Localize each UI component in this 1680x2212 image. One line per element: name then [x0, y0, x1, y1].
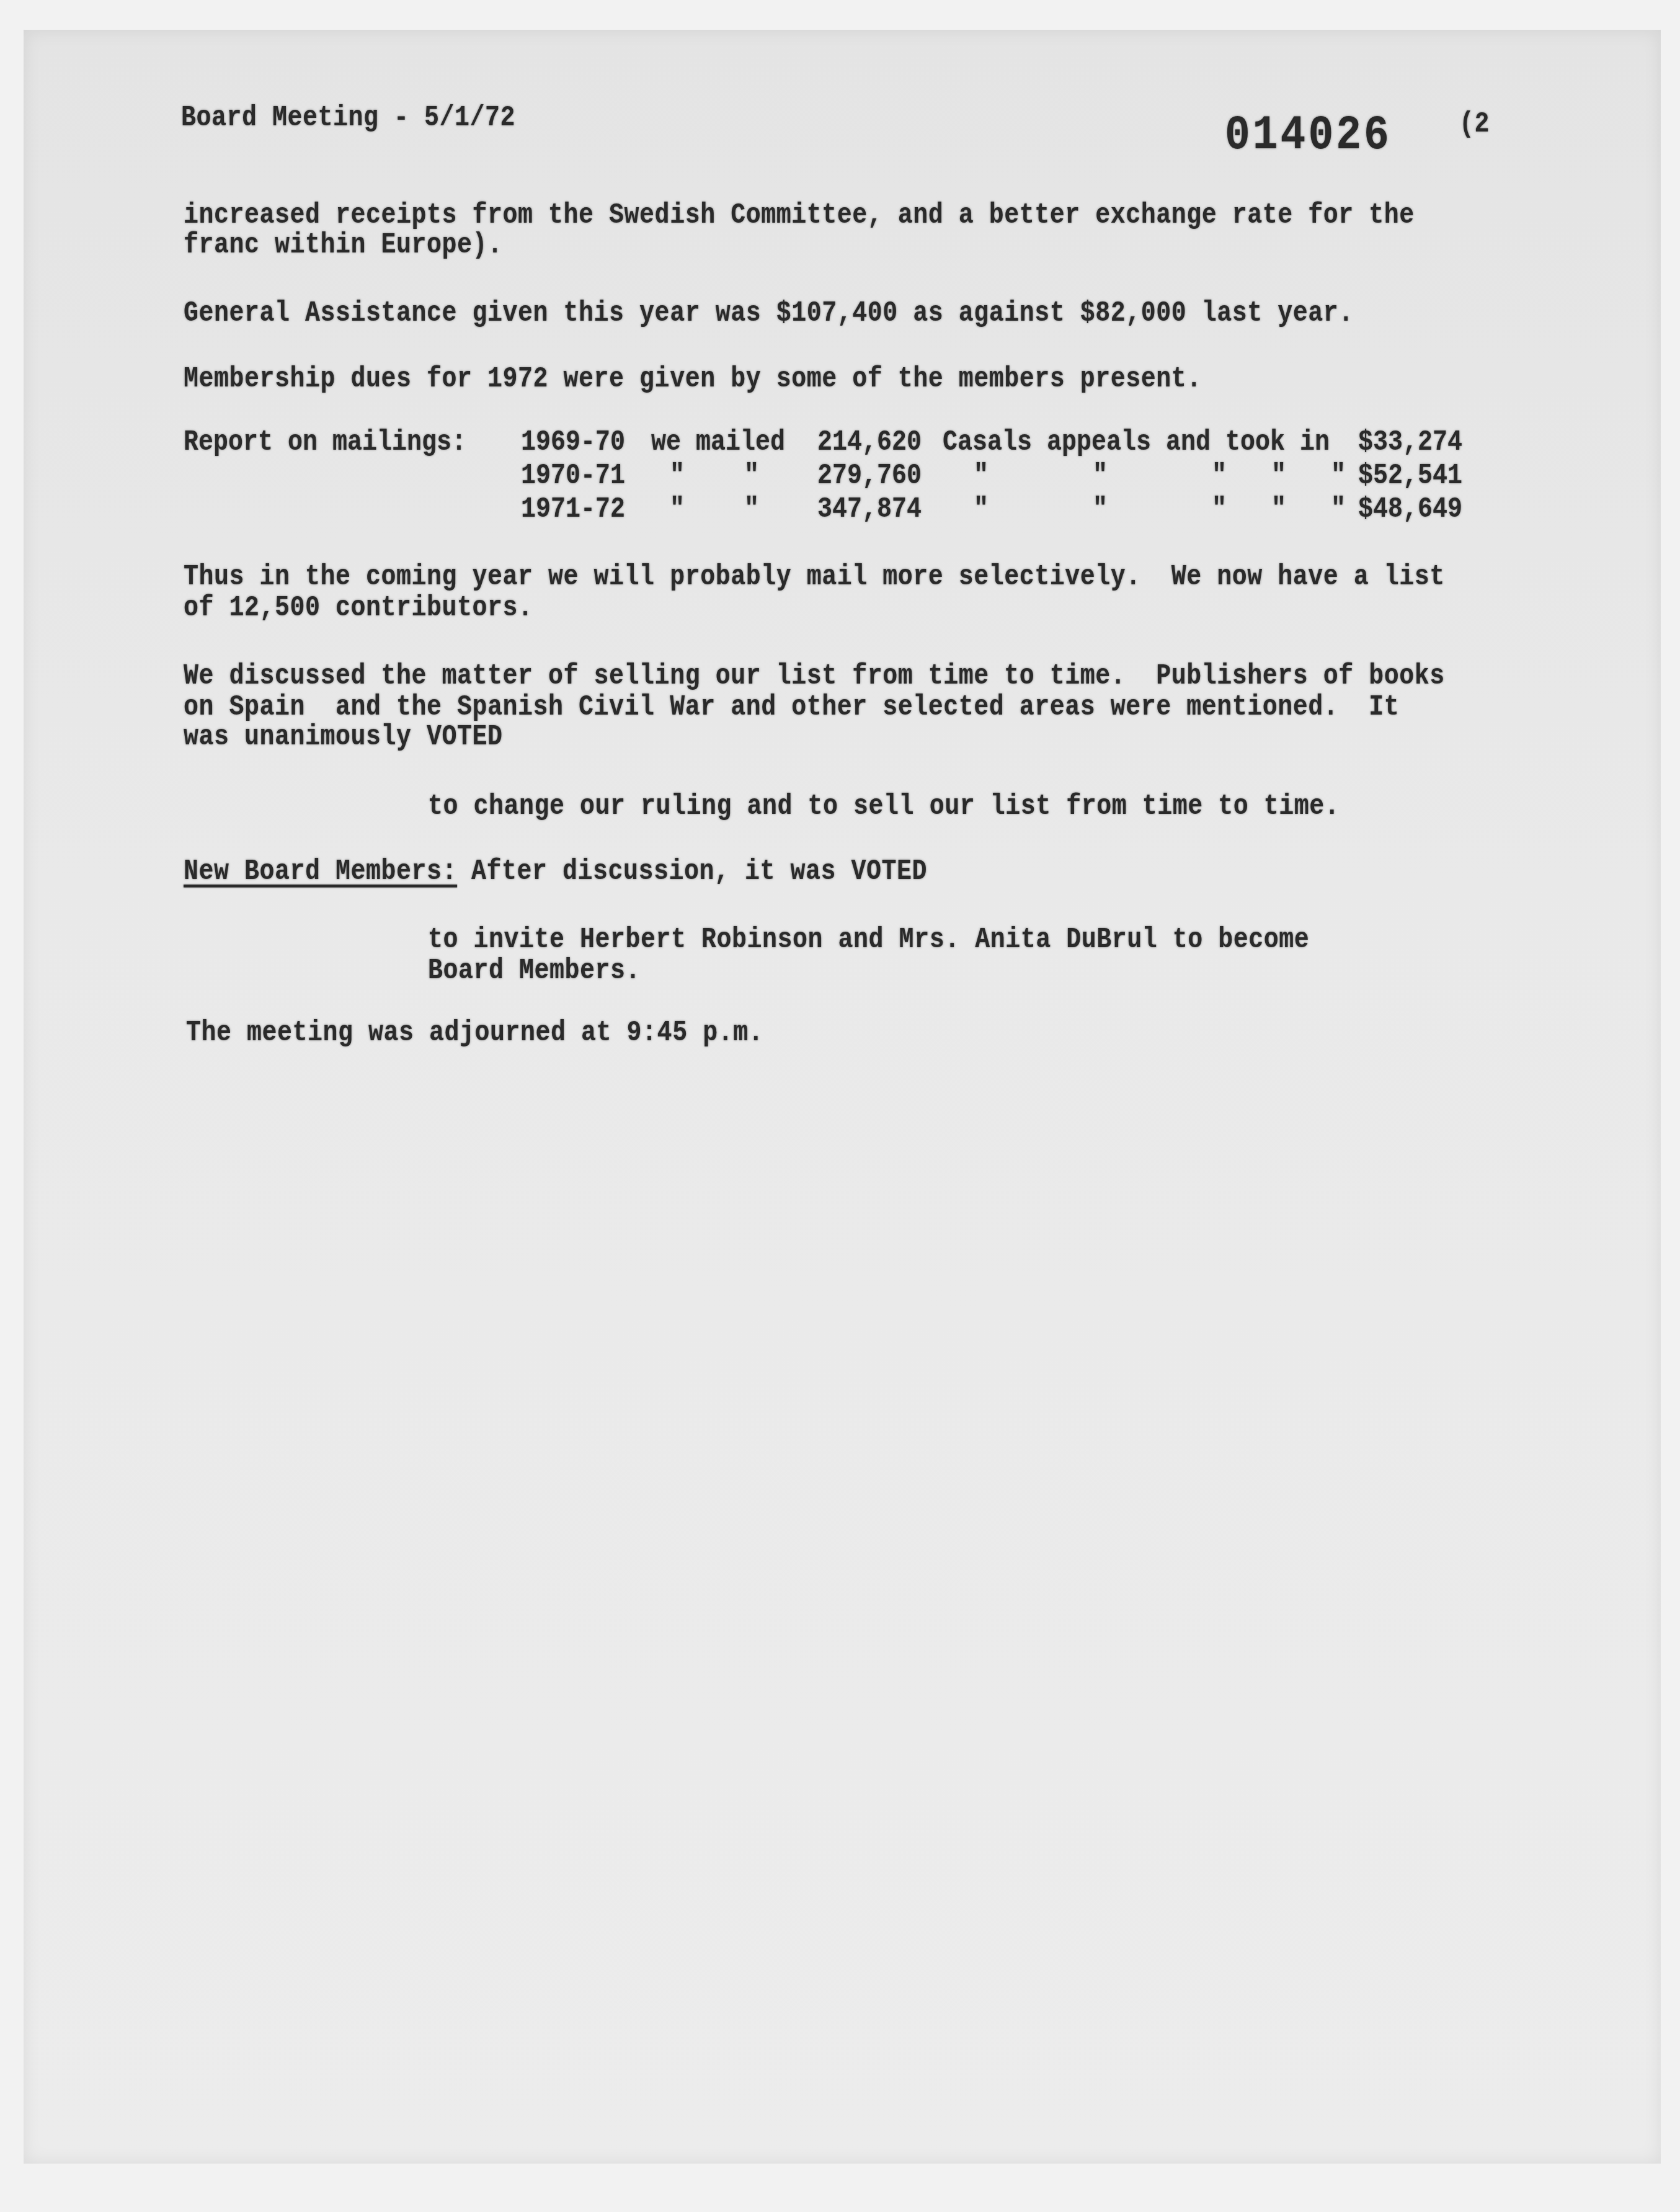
mailing-count: 347,874 [817, 494, 922, 526]
adjournment-note: The meeting was adjourned at 9:45 p.m. [186, 1017, 763, 1050]
paragraph-line: franc within Europe). [184, 230, 503, 262]
mailing-verb: " " [670, 460, 759, 493]
mailing-amount: $33,274 [1358, 427, 1462, 459]
page-number: (2 [1459, 109, 1490, 141]
mailing-verb: we mailed [651, 427, 785, 459]
document-header-title: Board Meeting - 5/1/72 [181, 102, 515, 135]
mailing-desc: " " " " " [974, 460, 1346, 493]
new-board-text: After discussion, it was VOTED [471, 856, 927, 888]
section-heading-new-board-members: New Board Members: [184, 856, 457, 888]
mailing-year: 1970-71 [521, 460, 625, 493]
paragraph-line: increased receipts from the Swedish Comm… [184, 200, 1415, 232]
paragraph-membership-dues: Membership dues for 1972 were given by s… [184, 363, 1202, 396]
mailing-count: 279,760 [817, 460, 922, 493]
vote-resolution: to change our ruling and to sell our lis… [428, 791, 1340, 823]
mailing-desc: Casals appeals and took in [943, 427, 1330, 459]
mailings-label: Report on mailings: [184, 427, 466, 459]
mailing-amount: $48,649 [1358, 494, 1462, 526]
paragraph-line: Thus in the coming year we will probably… [184, 561, 1445, 594]
paragraph-line: on Spain and the Spanish Civil War and o… [184, 692, 1399, 724]
document-page [24, 30, 1661, 2164]
mailing-amount: $52,541 [1358, 460, 1462, 493]
vote-resolution: Board Members. [428, 955, 641, 988]
paragraph-line: We discussed the matter of selling our l… [184, 661, 1445, 693]
mailing-year: 1969-70 [521, 427, 625, 459]
paragraph-general-assistance: General Assistance given this year was $… [184, 298, 1354, 330]
vote-resolution: to invite Herbert Robinson and Mrs. Anit… [428, 924, 1309, 957]
paragraph-line: of 12,500 contributors. [184, 592, 533, 625]
mailing-year: 1971-72 [521, 494, 625, 526]
mailing-verb: " " [670, 494, 759, 526]
mailing-count: 214,620 [817, 427, 922, 459]
document-number: 014026 [1225, 109, 1392, 164]
paragraph-line: was unanimously VOTED [184, 721, 503, 754]
mailing-desc: " " " " " [974, 494, 1346, 526]
